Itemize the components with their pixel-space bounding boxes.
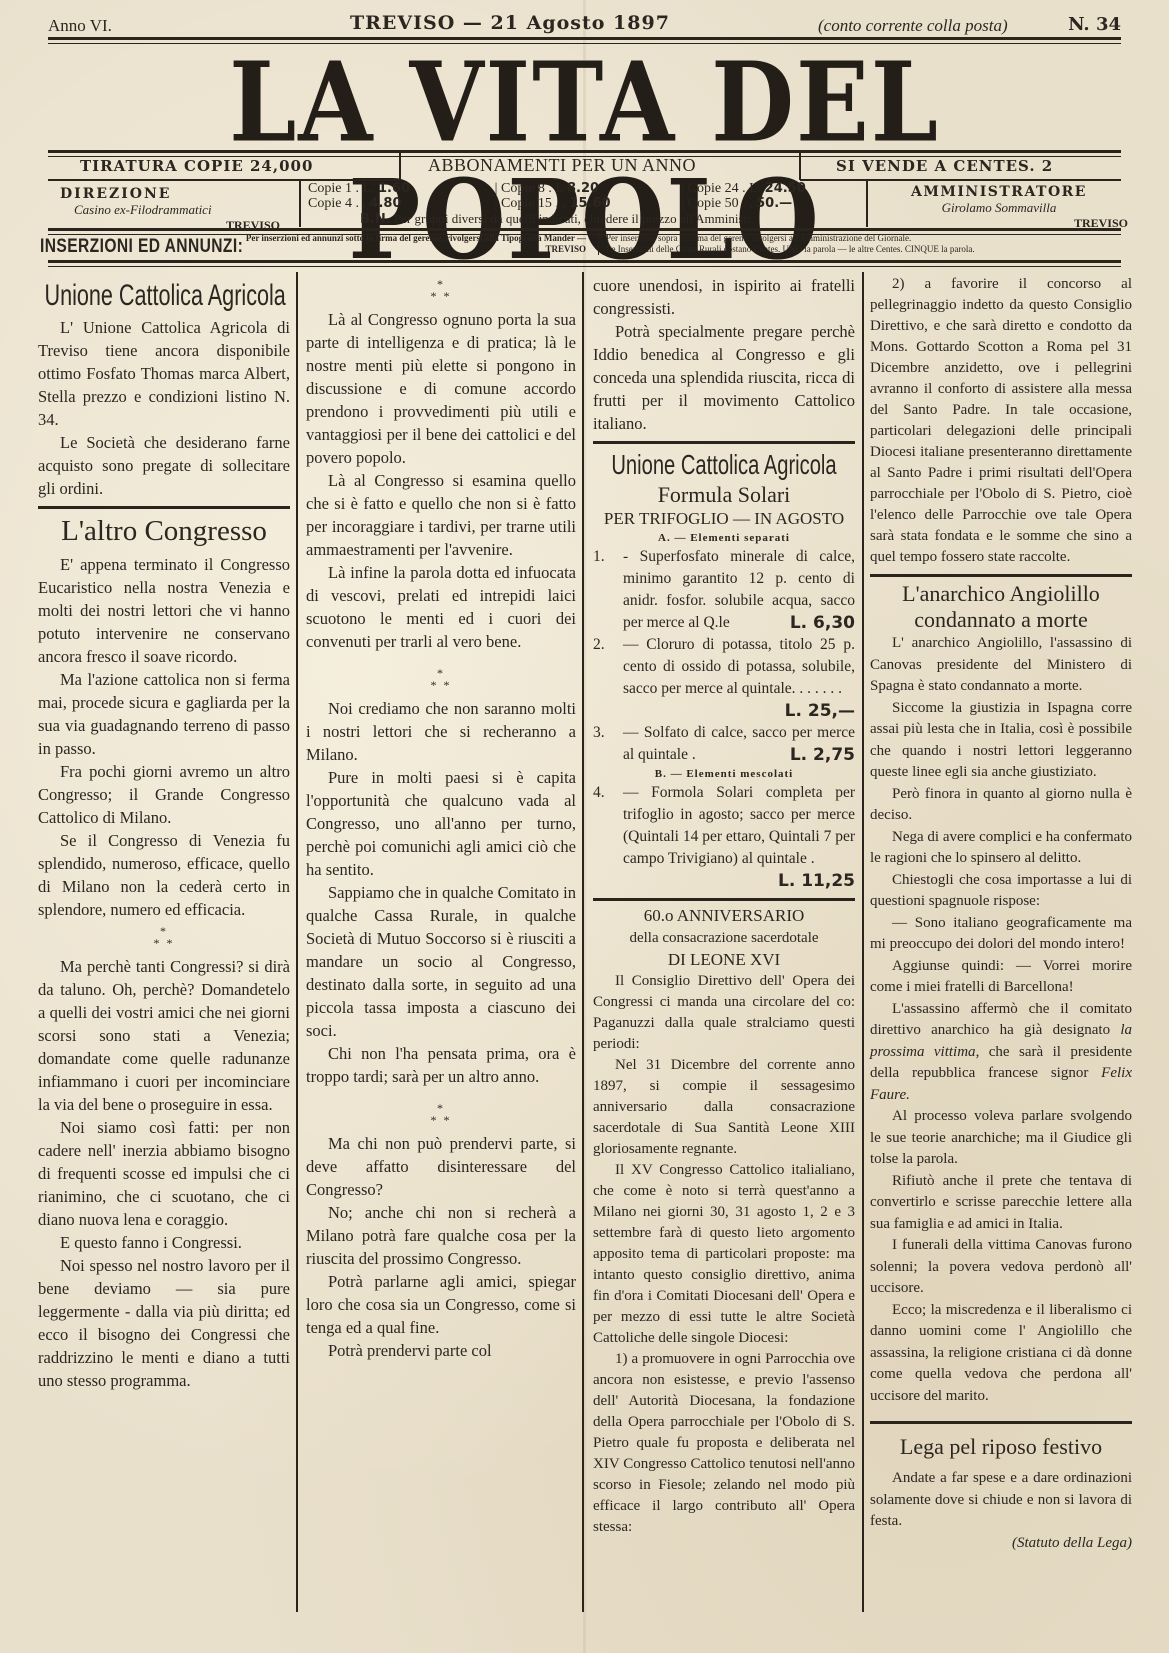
paragraph: Ma l'azione cattolica non si ferma mai, … xyxy=(38,668,290,760)
article-title: L'anarchico Angiolillo condannato a mort… xyxy=(870,581,1132,633)
postal-note: (conto corrente colla posta) xyxy=(818,16,1008,36)
item-text: — Formola Solari completa per trifoglio … xyxy=(623,782,855,892)
ad-item: 4. — Formola Solari completa per trifogl… xyxy=(593,782,855,892)
article-separator xyxy=(593,898,855,901)
price-row: Copie 1 . L. 1.60 | Copie 8 . L 8.20 | C… xyxy=(300,181,860,196)
price-value: 4.80 xyxy=(369,196,401,211)
price-label: Copie 50 . , xyxy=(688,196,753,211)
top-line: Anno VI. TREVISO — 21 Agosto 1897 (conto… xyxy=(48,10,1121,36)
paragraph: Il Consiglio Direttivo dell' Opera dei C… xyxy=(593,971,855,1055)
ad-section-b: B. — Elementi mescolati xyxy=(593,766,855,782)
bn-text: Per gruppi diversi da quelli indicati, c… xyxy=(394,211,754,226)
paragraph: L' Unione Cattolica Agricola di Treviso … xyxy=(38,316,290,431)
asterism-icon: ** * xyxy=(306,667,576,691)
paragraph: Là infine la parola dotta ed infuocata d… xyxy=(306,561,576,653)
asterism-icon: ** * xyxy=(306,1102,576,1126)
paragraph: Pure in molti paesi si è capita l'opport… xyxy=(306,766,576,881)
paragraph: Potrà specialmente pregare perchè Iddio … xyxy=(593,320,855,435)
paragraph: I funerali della vittima Canovas furono … xyxy=(870,1235,1132,1300)
subscriptions-heading: ABBONAMENTI PER UN ANNO xyxy=(428,155,696,176)
price-label: Copie 8 . L xyxy=(501,181,563,196)
article-title: L'altro Congresso xyxy=(38,513,290,549)
item-number: 4. xyxy=(593,782,623,892)
paragraph: Andate a far spese e a dare ordinazioni … xyxy=(870,1468,1132,1533)
ad-item: 1. - Superfosfato minerale di calce, min… xyxy=(593,546,855,634)
text-run: L'assassino affermò che il comitato dire… xyxy=(870,1001,1132,1039)
direzione-block: DIREZIONE Casino ex-Filodrammatici TREVI… xyxy=(60,186,280,233)
subscription-prices: Copie 1 . L. 1.60 | Copie 8 . L 8.20 | C… xyxy=(300,181,860,227)
amministratore-name: Girolamo Sommavilla xyxy=(870,200,1128,216)
price-per-copy: SI VENDE A CENTES. 2 xyxy=(836,157,1053,175)
masthead-title: LA VITA DEL POPOLO xyxy=(91,44,1078,162)
paragraph: cuore unendosi, in ispirito ai fratelli … xyxy=(593,274,855,320)
paragraph: L'assassino affermò che il comitato dire… xyxy=(870,999,1132,1107)
paragraph: Potrà parlarne agli amici, spiegar loro … xyxy=(306,1270,576,1339)
paragraph: Le Società che desiderano farne acquisto… xyxy=(38,431,290,500)
paragraph: Sappiamo che in qualche Comitato in qual… xyxy=(306,881,576,1042)
inserzioni-right-note: Per inserzioni sopra la firma del gerent… xyxy=(606,233,1136,255)
inserzioni-right-line: Per inserzioni sopra la firma del gerent… xyxy=(606,233,1136,244)
paragraph: Noi siamo così fatti: per non cadere nel… xyxy=(38,1116,290,1231)
amministratore-title: AMMINISTRATORE xyxy=(870,184,1128,200)
column-1: Unione Cattolica Agricola L' Unione Catt… xyxy=(38,274,290,1392)
anniversary-body: Il Consiglio Direttivo dell' Opera dei C… xyxy=(593,971,855,1538)
price-value: 1.60 xyxy=(378,181,410,196)
price-label: Copie 24 . L. xyxy=(688,181,762,196)
paragraph: Però finora in quanto al giorno nulla è … xyxy=(870,784,1132,827)
paragraph: Il XV Congresso Cattolico italialiano, c… xyxy=(593,1160,855,1349)
item-number: 2. xyxy=(593,634,623,722)
item-text: — Cloruro di potassa, titolo 25 p. cento… xyxy=(623,634,855,722)
price-cell: | Copie 24 . L. 24.50 xyxy=(673,181,860,196)
divider xyxy=(598,233,599,255)
paragraph: Nel 31 Dicembre del corrente anno 1897, … xyxy=(593,1055,855,1160)
asterism-icon: ** * xyxy=(306,278,576,302)
paragraph: — Sono italiano geograficamente ma mi pr… xyxy=(870,913,1132,956)
newspaper-page: Anno VI. TREVISO — 21 Agosto 1897 (conto… xyxy=(0,0,1169,1653)
paragraph: Fra pochi giorni avremo un altro Congres… xyxy=(38,760,290,829)
item-number: 3. xyxy=(593,722,623,766)
price-cell: | Copie 50 . , 50.— xyxy=(673,196,860,211)
paragraph: Ma chi non può prendervi parte, si deve … xyxy=(306,1132,576,1201)
price-value: 15.60 xyxy=(569,196,610,211)
inserzioni-left-note: Per inserzioni ed annunzi sotto la firma… xyxy=(220,233,586,255)
item-text: - Superfosfato minerale di calce, minimo… xyxy=(623,546,855,634)
paragraph: No; anche chi non si recherà a Milano po… xyxy=(306,1201,576,1270)
paragraph: Là al Congresso ognuno porta la sua part… xyxy=(306,308,576,469)
item-price: L. 11,25 xyxy=(778,870,855,892)
paragraph: Chi non l'ha pensata prima, ora è troppo… xyxy=(306,1042,576,1088)
price-cell: Copie 4 . , 4.80 xyxy=(300,196,487,211)
issue-number: N. 34 xyxy=(1068,14,1121,35)
paragraph: Ecco; la miscredenza e il liberalismo ci… xyxy=(870,1300,1132,1408)
paragraph: E questo fanno i Congressi. xyxy=(38,1231,290,1254)
price-label: Copie 1 . L. xyxy=(308,181,375,196)
paragraph: Ma perchè tanti Congressi? si dirà da ta… xyxy=(38,955,290,1116)
ad-item: 3. — Solfato di calce, sacco per merce a… xyxy=(593,722,855,766)
paragraph: 1) a promuovere in ogni Parrocchia ove a… xyxy=(593,1349,855,1538)
direzione-place: Casino ex-Filodrammatici xyxy=(60,202,280,218)
inserzioni-title: INSERZIONI ED ANNUNZI: xyxy=(40,236,243,258)
anniversary-continued: 2) a favorire il concorso al pellegrinag… xyxy=(870,274,1132,568)
price-value: 8.20 xyxy=(567,181,599,196)
divider xyxy=(799,152,801,180)
item-text: — Solfato di calce, sacco per merce al q… xyxy=(623,722,855,766)
ad-title: Unione Cattolica Agricola xyxy=(601,448,847,482)
anniversary-title: 60.o ANNIVERSARIO xyxy=(593,905,855,927)
direzione-title: DIREZIONE xyxy=(60,186,280,202)
paragraph: L' anarchico Angiolillo, l'assassino di … xyxy=(870,633,1132,698)
paragraph: Rifiutò anche il prete che tentava di co… xyxy=(870,1171,1132,1236)
item-price: L. 2,75 xyxy=(790,744,855,766)
paragraph: Là al Congresso si esamina quello che si… xyxy=(306,469,576,561)
price-label: Copie 4 . , xyxy=(308,196,366,211)
anniversary-subtitle-2: DI LEONE XVI xyxy=(593,949,855,971)
price-value: 50.— xyxy=(756,196,792,211)
column-3: cuore unendosi, in ispirito ai fratelli … xyxy=(593,274,855,1538)
paragraph: Chiestogli che cosa importasse a lui di … xyxy=(870,870,1132,913)
price-row: Copie 4 . , 4.80 | Copie 15 . , 15.60 | … xyxy=(300,196,860,211)
fertilizer-ad: Unione Cattolica Agricola Formula Solari… xyxy=(593,448,855,892)
ad-section-a: A. — Elementi separati xyxy=(593,530,855,546)
paragraph: Siccome la giustizia in Ispagna corre as… xyxy=(870,698,1132,784)
paragraph: E' appena terminato il Congresso Eucaris… xyxy=(38,553,290,668)
column-rule xyxy=(296,272,298,1612)
column-rule xyxy=(582,272,584,1612)
ad-line: PER TRIFOGLIO — IN AGOSTO xyxy=(593,508,855,530)
paragraph: Potrà prendervi parte col xyxy=(306,1339,576,1362)
article-title: Unione Cattolica Agricola xyxy=(44,276,283,316)
ad-item: 2. — Cloruro di potassa, titolo 25 p. ce… xyxy=(593,634,855,722)
paragraph: Aggiunse quindi: — Vorrei morire come i … xyxy=(870,956,1132,999)
paragraph: Noi spesso nel nostro lavoro per il bene… xyxy=(38,1254,290,1392)
paragraph: Nega di avere complici e ha confermato l… xyxy=(870,827,1132,870)
angiolillo-article: L' anarchico Angiolillo, l'assassino di … xyxy=(870,633,1132,1407)
lega-article: Andate a far spese e a dare ordinazioni … xyxy=(870,1468,1132,1554)
item-description: — Formola Solari completa per trifoglio … xyxy=(623,784,855,867)
paragraph: Noi crediamo che non saranno molti i nos… xyxy=(306,697,576,766)
price-cell: | Copie 15 . , 15.60 xyxy=(487,196,674,211)
item-number: 1. xyxy=(593,546,623,634)
asterism-icon: ** * xyxy=(38,925,290,949)
bn-note: B.N. Per gruppi diversi da quelli indica… xyxy=(300,211,860,227)
paragraph: Al processo voleva parlare svolgendo le … xyxy=(870,1106,1132,1171)
item-description: — Cloruro di potassa, titolo 25 p. cento… xyxy=(623,636,855,697)
column-2: ** * Là al Congresso ognuno porta la sua… xyxy=(306,274,576,1362)
amministratore-block: AMMINISTRATORE Girolamo Sommavilla TREVI… xyxy=(870,184,1128,231)
article-title: Lega pel riposo festivo xyxy=(870,1434,1132,1460)
paragraph: Se il Congresso di Venezia fu splendido,… xyxy=(38,829,290,921)
price-cell: Copie 1 . L. 1.60 xyxy=(300,181,487,196)
article-separator xyxy=(870,1421,1132,1424)
anniversary-subtitle: della consacrazione sacerdotale xyxy=(593,927,855,949)
divider xyxy=(866,181,868,227)
item-price: L. 6,30 xyxy=(790,612,855,634)
inserzioni-right-line: Le Inserzioni delle Casse Rurali costano… xyxy=(606,244,1136,255)
article-separator xyxy=(870,574,1132,577)
item-price: L. 25,— xyxy=(785,700,855,722)
volume-label: Anno VI. xyxy=(48,16,112,36)
dateline: TREVISO — 21 Agosto 1897 xyxy=(350,12,670,34)
paragraph: 2) a favorire il concorso al pellegrinag… xyxy=(870,274,1132,568)
ad-subtitle: Formula Solari xyxy=(593,482,855,508)
column-rule xyxy=(862,272,864,1612)
article-separator xyxy=(593,441,855,444)
price-label: Copie 15 . , xyxy=(501,196,566,211)
columns-top-rule xyxy=(48,260,1121,267)
article-separator xyxy=(38,506,290,509)
price-value: 24.50 xyxy=(765,181,806,196)
price-cell: | Copie 8 . L 8.20 xyxy=(487,181,674,196)
signature: (Statuto della Lega) xyxy=(870,1533,1132,1555)
circulation-label: TIRATURA COPIE 24,000 xyxy=(80,157,313,175)
bn-label: B.N. xyxy=(360,212,391,227)
divider xyxy=(399,152,401,180)
column-4: 2) a favorire il concorso al pellegrinag… xyxy=(870,274,1132,1554)
